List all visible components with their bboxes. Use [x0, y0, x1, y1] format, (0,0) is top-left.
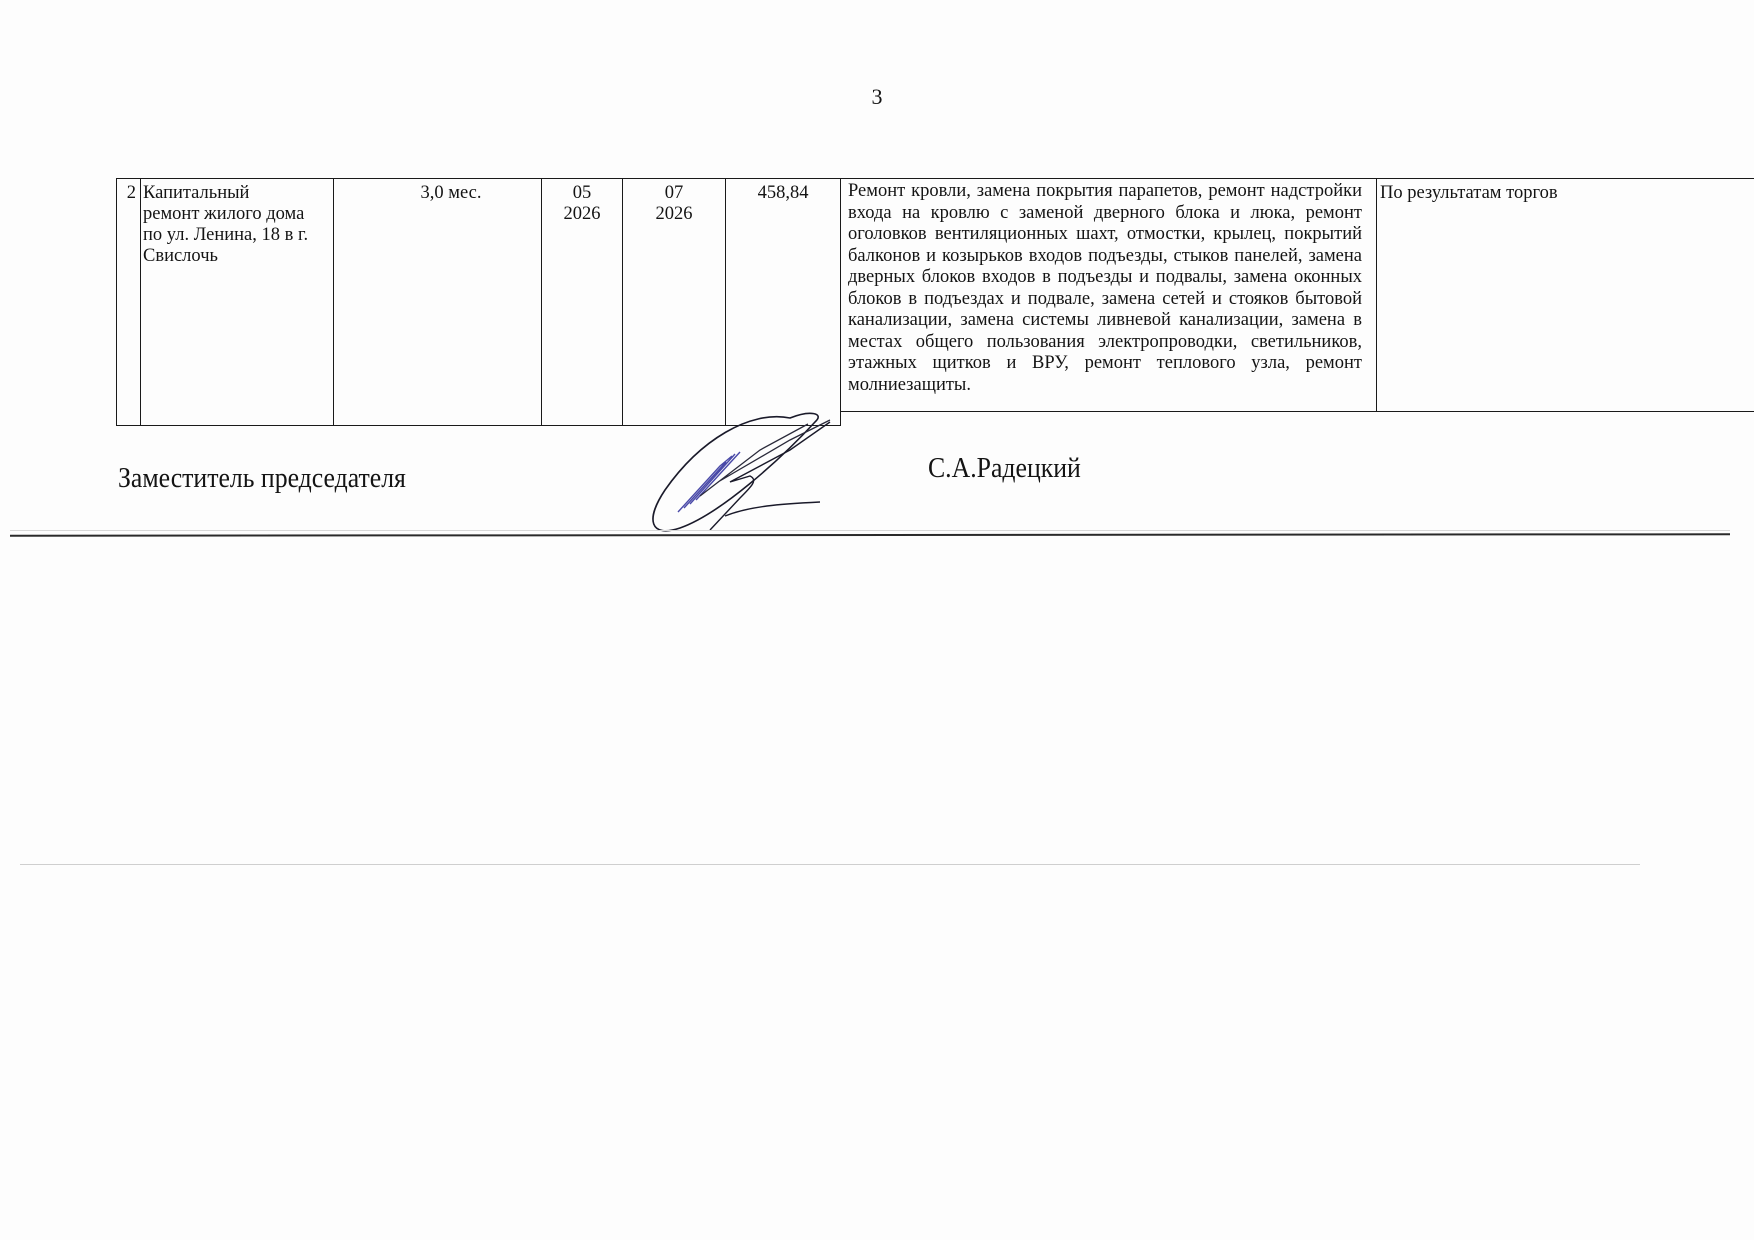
page-divider-shadow [10, 530, 1730, 531]
faint-rule [20, 864, 1640, 865]
end-date-cell: 07 2026 [622, 178, 726, 426]
cost-cell: 458,84 [725, 178, 841, 426]
description-cell: Ремонт кровли, замена покрытия парапетов… [840, 178, 1377, 412]
signer-name: С.А.Радецкий [928, 453, 1081, 485]
end-year: 2026 [626, 204, 722, 225]
object-name-line: ремонт жилого дома [143, 204, 330, 225]
contractor-cell: По результатам торгов [1376, 178, 1754, 412]
signer-title: Заместитель председателя [118, 463, 406, 495]
page-number: 3 [862, 84, 892, 110]
start-month: 05 [545, 183, 619, 204]
start-year: 2026 [545, 204, 619, 225]
object-name-line: по ул. Ленина, 18 в г. [143, 225, 330, 246]
object-name-cell: Капитальный ремонт жилого дома по ул. Ле… [140, 178, 334, 426]
duration-cell: 3,0 мес. [333, 178, 542, 426]
handwritten-signature-icon [640, 410, 880, 540]
object-name-line: Свислочь [143, 246, 330, 267]
row-number: 2 [116, 178, 141, 426]
end-month: 07 [626, 183, 722, 204]
object-name-line: Капитальный [143, 183, 330, 204]
start-date-cell: 05 2026 [541, 178, 623, 426]
